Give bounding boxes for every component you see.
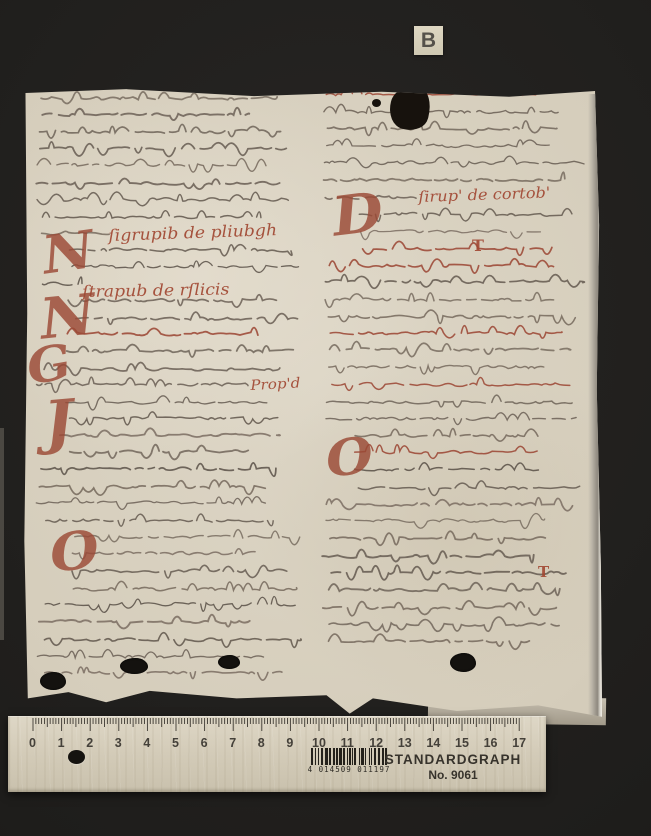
red-paragraph-mark: T	[472, 236, 484, 255]
barcode-bar	[325, 748, 328, 765]
handwriting-line	[323, 601, 557, 616]
illuminated-initial: N	[38, 292, 98, 342]
handwriting-line	[70, 245, 292, 256]
barcode-bar	[321, 748, 323, 765]
handwriting-line	[325, 275, 584, 289]
handwriting-line	[70, 445, 248, 460]
illuminated-initial: O	[48, 529, 101, 575]
handwriting-line	[44, 362, 280, 375]
handwriting-line	[325, 293, 553, 308]
handwriting-line	[41, 92, 277, 104]
handwriting-line	[330, 531, 545, 545]
ruler-number: 15	[455, 736, 469, 750]
ruler-number: 16	[484, 736, 498, 750]
handwriting-line	[36, 179, 279, 190]
handwriting-line	[75, 530, 300, 545]
illuminated-initial: D	[330, 190, 385, 239]
parchment-hole	[40, 672, 66, 690]
ruler-number: 7	[229, 736, 236, 750]
handwriting-line	[358, 481, 579, 496]
handwriting-line	[322, 550, 534, 564]
ruler-number: 13	[398, 736, 412, 750]
handwriting-line	[329, 634, 530, 649]
handwriting-line	[326, 513, 545, 528]
handwriting-line	[72, 549, 255, 559]
illuminated-initial: O	[324, 435, 375, 480]
handwriting-line	[45, 596, 295, 612]
handwriting-line	[324, 104, 558, 117]
handwriting-line	[45, 633, 302, 648]
handwriting-line	[361, 230, 541, 240]
handwriting-line	[332, 377, 570, 390]
ruler-number: 6	[201, 736, 208, 750]
handwriting-line	[42, 211, 261, 219]
illuminated-initial: J	[42, 397, 76, 446]
ruler-number: 8	[258, 736, 265, 750]
handwriting-line	[42, 108, 249, 120]
handwriting-line	[329, 617, 559, 632]
ruler-number: 1	[58, 736, 65, 750]
parchment-hole	[120, 658, 148, 674]
handwriting-line	[327, 121, 557, 136]
handwriting-line	[363, 241, 552, 255]
ruler-number: 4	[143, 736, 150, 750]
handwriting-line	[40, 124, 281, 138]
rubric-text: ſtrapub de rſlicis	[82, 279, 230, 301]
handwriting-line	[73, 581, 297, 591]
handwriting-line	[324, 156, 584, 168]
red-paragraph-mark: T	[538, 563, 549, 581]
ruler-number: 9	[286, 736, 293, 750]
handwriting-line	[355, 463, 539, 471]
parchment-hole	[450, 653, 476, 672]
ruler-number: 14	[426, 736, 440, 750]
photo-backdrop: ſigrupib de pliubghſtrapub de rſlicisſir…	[0, 0, 651, 836]
ink-blot-dot	[372, 99, 381, 107]
handwriting-line	[324, 172, 565, 181]
ruler-number: 0	[29, 736, 36, 750]
photo-label-b-text: B	[421, 29, 436, 53]
handwriting-line	[72, 565, 287, 578]
handwriting-layer	[22, 86, 602, 718]
handwriting-line	[40, 142, 286, 157]
handwriting-line	[329, 583, 560, 596]
handwriting-line	[328, 310, 575, 325]
photo-label-b: B	[414, 26, 443, 55]
handwriting-line	[331, 565, 566, 580]
book-fore-edge	[588, 94, 602, 718]
ruler-number: 3	[115, 736, 122, 750]
ruler-model: No. 9061	[338, 768, 568, 782]
barcode-bar	[315, 748, 316, 765]
handwriting-line	[329, 365, 544, 374]
handwriting-line	[72, 261, 299, 272]
handwriting-line	[359, 208, 572, 221]
handwriting-line	[60, 428, 280, 437]
handwriting-line	[36, 497, 265, 510]
handwriting-line	[329, 259, 553, 273]
ruler-number: 17	[512, 736, 526, 750]
handwriting-line	[66, 396, 267, 410]
handwriting-line	[41, 463, 276, 476]
handwriting-line	[326, 412, 576, 424]
illuminated-initial: N	[40, 229, 97, 277]
parchment-hole	[218, 655, 240, 669]
handwriting-line	[39, 615, 250, 629]
handwriting-line	[326, 498, 572, 511]
handwriting-line	[76, 312, 298, 324]
handwriting-line	[355, 429, 538, 442]
handwriting-line	[327, 395, 573, 407]
ruler-hole	[68, 750, 85, 764]
ruler: 01234567891011121314151617 4 014509 0111…	[8, 716, 546, 792]
illuminated-initial: G	[24, 342, 74, 387]
left-page-sliver	[0, 428, 4, 640]
handwriting-line	[326, 89, 536, 96]
handwriting-line	[37, 192, 288, 206]
ruler-brand: STANDARDGRAPH	[338, 752, 568, 767]
ruler-number: 2	[86, 736, 93, 750]
handwriting-line	[355, 445, 537, 459]
handwriting-line	[330, 326, 562, 339]
barcode-bar	[318, 748, 319, 765]
handwriting-line	[330, 342, 571, 357]
rubric-text: Prop'd	[250, 375, 301, 394]
barcode-bar	[333, 748, 335, 765]
barcode-bar	[329, 748, 331, 765]
handwriting-line	[45, 667, 282, 680]
barcode-bar	[311, 748, 313, 765]
handwriting-line	[70, 412, 278, 425]
handwriting-line	[39, 480, 265, 495]
handwriting-line	[327, 139, 550, 148]
ruler-ticks	[8, 716, 546, 734]
handwriting-line	[67, 345, 294, 357]
ruler-number: 5	[172, 736, 179, 750]
handwriting-line	[37, 158, 266, 172]
manuscript-page: ſigrupib de pliubghſtrapub de rſlicisſir…	[22, 86, 602, 718]
